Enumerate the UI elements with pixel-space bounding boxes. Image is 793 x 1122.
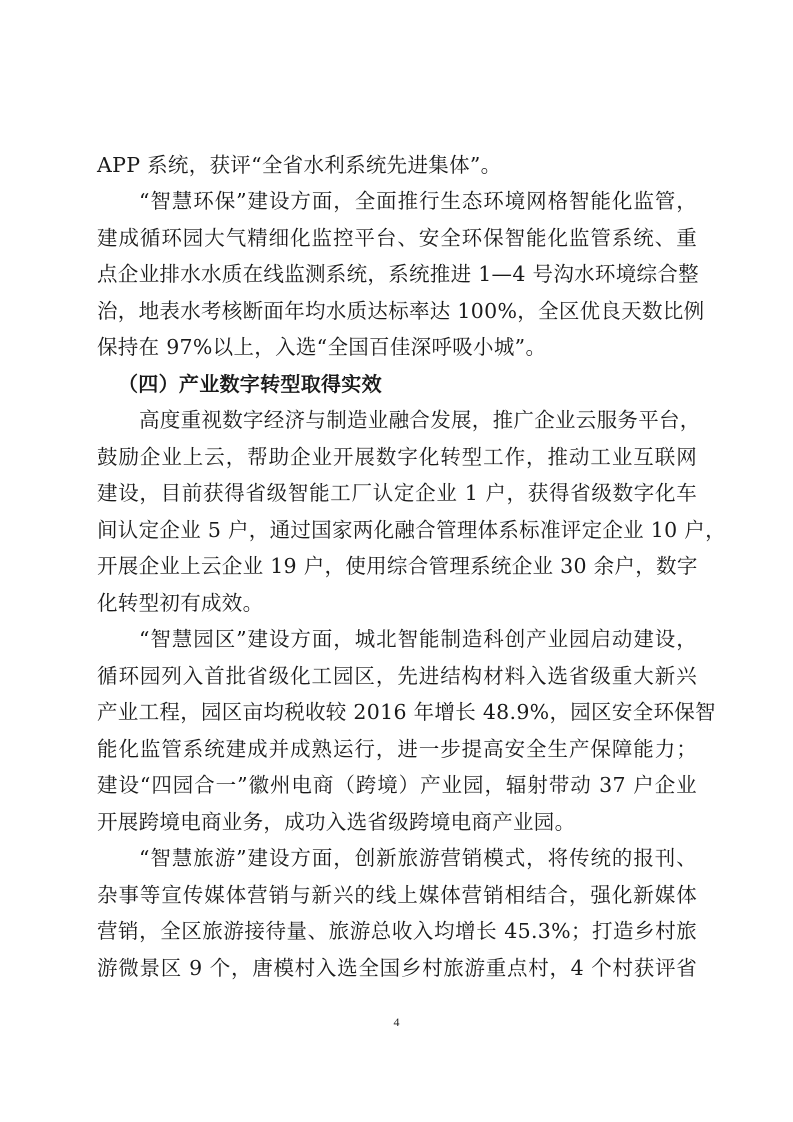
paragraph-line: 营销，全区旅游接待量、旅游总收入均增长 45.3%；打造乡村旅 (97, 916, 697, 946)
paragraph-line: 鼓励企业上云，帮助企业开展数字化转型工作，推动工业互联网 (97, 442, 697, 472)
paragraph-line: 能化监管系统建成并成熟运行，进一步提高安全生产保障能力； (97, 734, 697, 764)
paragraph-line: 建设，目前获得省级智能工厂认定企业 1 户，获得省级数字化车 (97, 478, 697, 508)
paragraph-line: 保持在 97%以上，入选“全国百佳深呼吸小城”。 (97, 332, 697, 362)
paragraph-line: 高度重视数字经济与制造业融合发展，推广企业云服务平台， (139, 405, 697, 435)
page-number: 4 (0, 1015, 793, 1030)
paragraph-line: 循环园列入首批省级化工园区，先进结构材料入选省级重大新兴 (97, 661, 697, 691)
paragraph-line: 杂事等宣传媒体营销与新兴的线上媒体营销相结合，强化新媒体 (97, 880, 697, 910)
paragraph-line: “智慧园区”建设方面，城北智能制造科创产业园启动建设， (139, 624, 697, 654)
paragraph-line: 建成循环园大气精细化监控平台、安全环保智能化监管系统、重 (97, 223, 697, 253)
paragraph-line: 间认定企业 5 户，通过国家两化融合管理体系标准评定企业 10 户， (97, 515, 697, 545)
paragraph-line: 开展企业上云企业 19 户，使用综合管理系统企业 30 余户，数字 (97, 551, 697, 581)
paragraph-line: 产业工程，园区亩均税收较 2016 年增长 48.9%，园区安全环保智 (97, 697, 697, 727)
paragraph-line: 点企业排水水质在线监测系统，系统推进 1—4 号沟水环境综合整 (97, 259, 697, 289)
paragraph-line: “智慧环保”建设方面，全面推行生态环境网格智能化监管， (139, 186, 697, 216)
paragraph-line: “智慧旅游”建设方面，创新旅游营销模式，将传统的报刊、 (139, 843, 697, 873)
document-page: APP 系统，获评“全省水利系统先进集体”。 “智慧环保”建设方面，全面推行生态… (0, 0, 793, 1122)
paragraph-line: 游微景区 9 个，唐模村入选全国乡村旅游重点村，4 个村获评省 (97, 953, 697, 983)
section-heading: （四）产业数字转型取得实效 (118, 369, 718, 399)
paragraph-line: 化转型初有成效。 (97, 588, 697, 618)
paragraph-line: APP 系统，获评“全省水利系统先进集体”。 (97, 150, 697, 180)
paragraph-line: 开展跨境电商业务，成功入选省级跨境电商产业园。 (97, 807, 697, 837)
paragraph-line: 建设“四园合一”徽州电商（跨境）产业园，辐射带动 37 户企业 (97, 770, 697, 800)
paragraph-line: 治，地表水考核断面年均水质达标率达 100%，全区优良天数比例 (97, 296, 697, 326)
